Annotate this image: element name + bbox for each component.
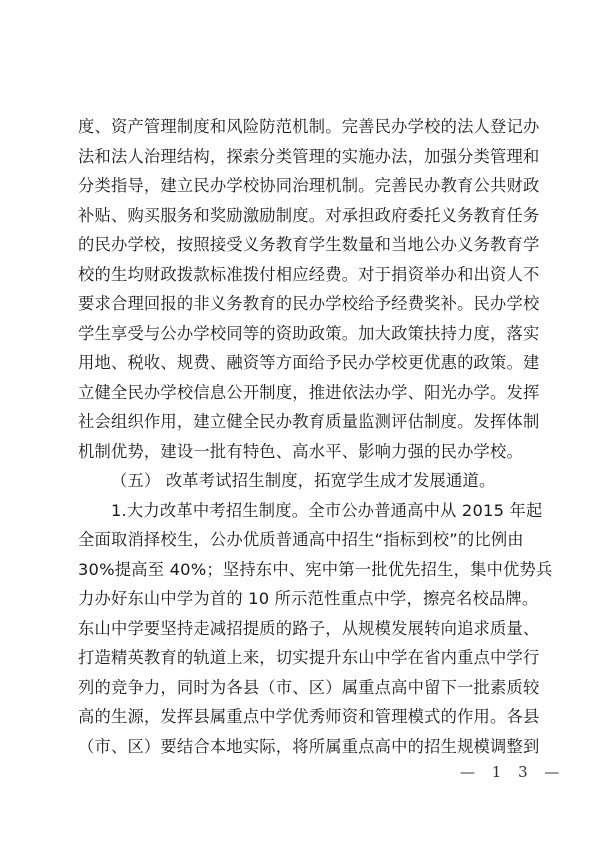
text-line: 分类指导，建立民办学校协同治理机制。完善民办教育公共财政 — [78, 171, 520, 201]
text-line: 补贴、购买服务和奖励激励制度。对承担政府委托义务教育任务 — [78, 201, 520, 231]
text-line: 东山中学要坚持走减招提质的路子，从规模发展转向追求质量、 — [78, 614, 520, 644]
text-line: 的民办学校，按照接受义务教育学生数量和当地公办义务教育学 — [78, 230, 520, 260]
text-line: 1.大力改革中考招生制度。全市公办普通高中从 2015 年起 — [78, 496, 520, 526]
body-text: 度、资产管理制度和风险防范机制。完善民办学校的法人登记办 法和法人治理结构，探索… — [78, 112, 520, 761]
page-number: — 1 3 — — [460, 763, 565, 781]
section-heading: （五） 改革考试招生制度，拓宽学生成才发展通道。 — [78, 466, 520, 496]
text-line: 要求合理回报的非义务教育的民办学校给予经费奖补。民办学校 — [78, 289, 520, 319]
text-line: （市、区）要结合本地实际，将所属重点高中的招生规模调整到 — [78, 732, 520, 762]
text-line: 学生享受与公办学校同等的资助政策。加大政策扶持力度，落实 — [78, 319, 520, 349]
text-line: 机制优势，建设一批有特色、高水平、影响力强的民办学校。 — [78, 437, 520, 467]
text-line: 法和法人治理结构，探索分类管理的实施办法，加强分类管理和 — [78, 142, 520, 172]
text-line: 社会组织作用，建立健全民办教育质量监测评估制度。发挥体制 — [78, 407, 520, 437]
text-line: 立健全民办学校信息公开制度，推进依法办学、阳光办学。发挥 — [78, 378, 520, 408]
text-line: 校的生均财政拨款标准拨付相应经费。对于捐资举办和出资人不 — [78, 260, 520, 290]
text-line: 30%提高至 40%；坚持东中、宪中第一批优先招生，集中优势兵 — [78, 555, 520, 585]
text-line: 度、资产管理制度和风险防范机制。完善民办学校的法人登记办 — [78, 112, 520, 142]
text-line: 力办好东山中学为首的 10 所示范性重点中学，擦亮名校品牌。 — [78, 584, 520, 614]
document-page: 度、资产管理制度和风险防范机制。完善民办学校的法人登记办 法和法人治理结构，探索… — [0, 0, 595, 842]
text-line: 打造精英教育的轨道上来，切实提升东山中学在省内重点中学行 — [78, 643, 520, 673]
text-line: 高的生源，发挥县属重点中学优秀师资和管理模式的作用。各县 — [78, 702, 520, 732]
text-line: 全面取消择校生，公办优质普通高中招生“指标到校”的比例由 — [78, 525, 520, 555]
text-line: 列的竞争力，同时为各县（市、区）属重点高中留下一批素质较 — [78, 673, 520, 703]
text-line: 用地、税收、规费、融资等方面给予民办学校更优惠的政策。建 — [78, 348, 520, 378]
